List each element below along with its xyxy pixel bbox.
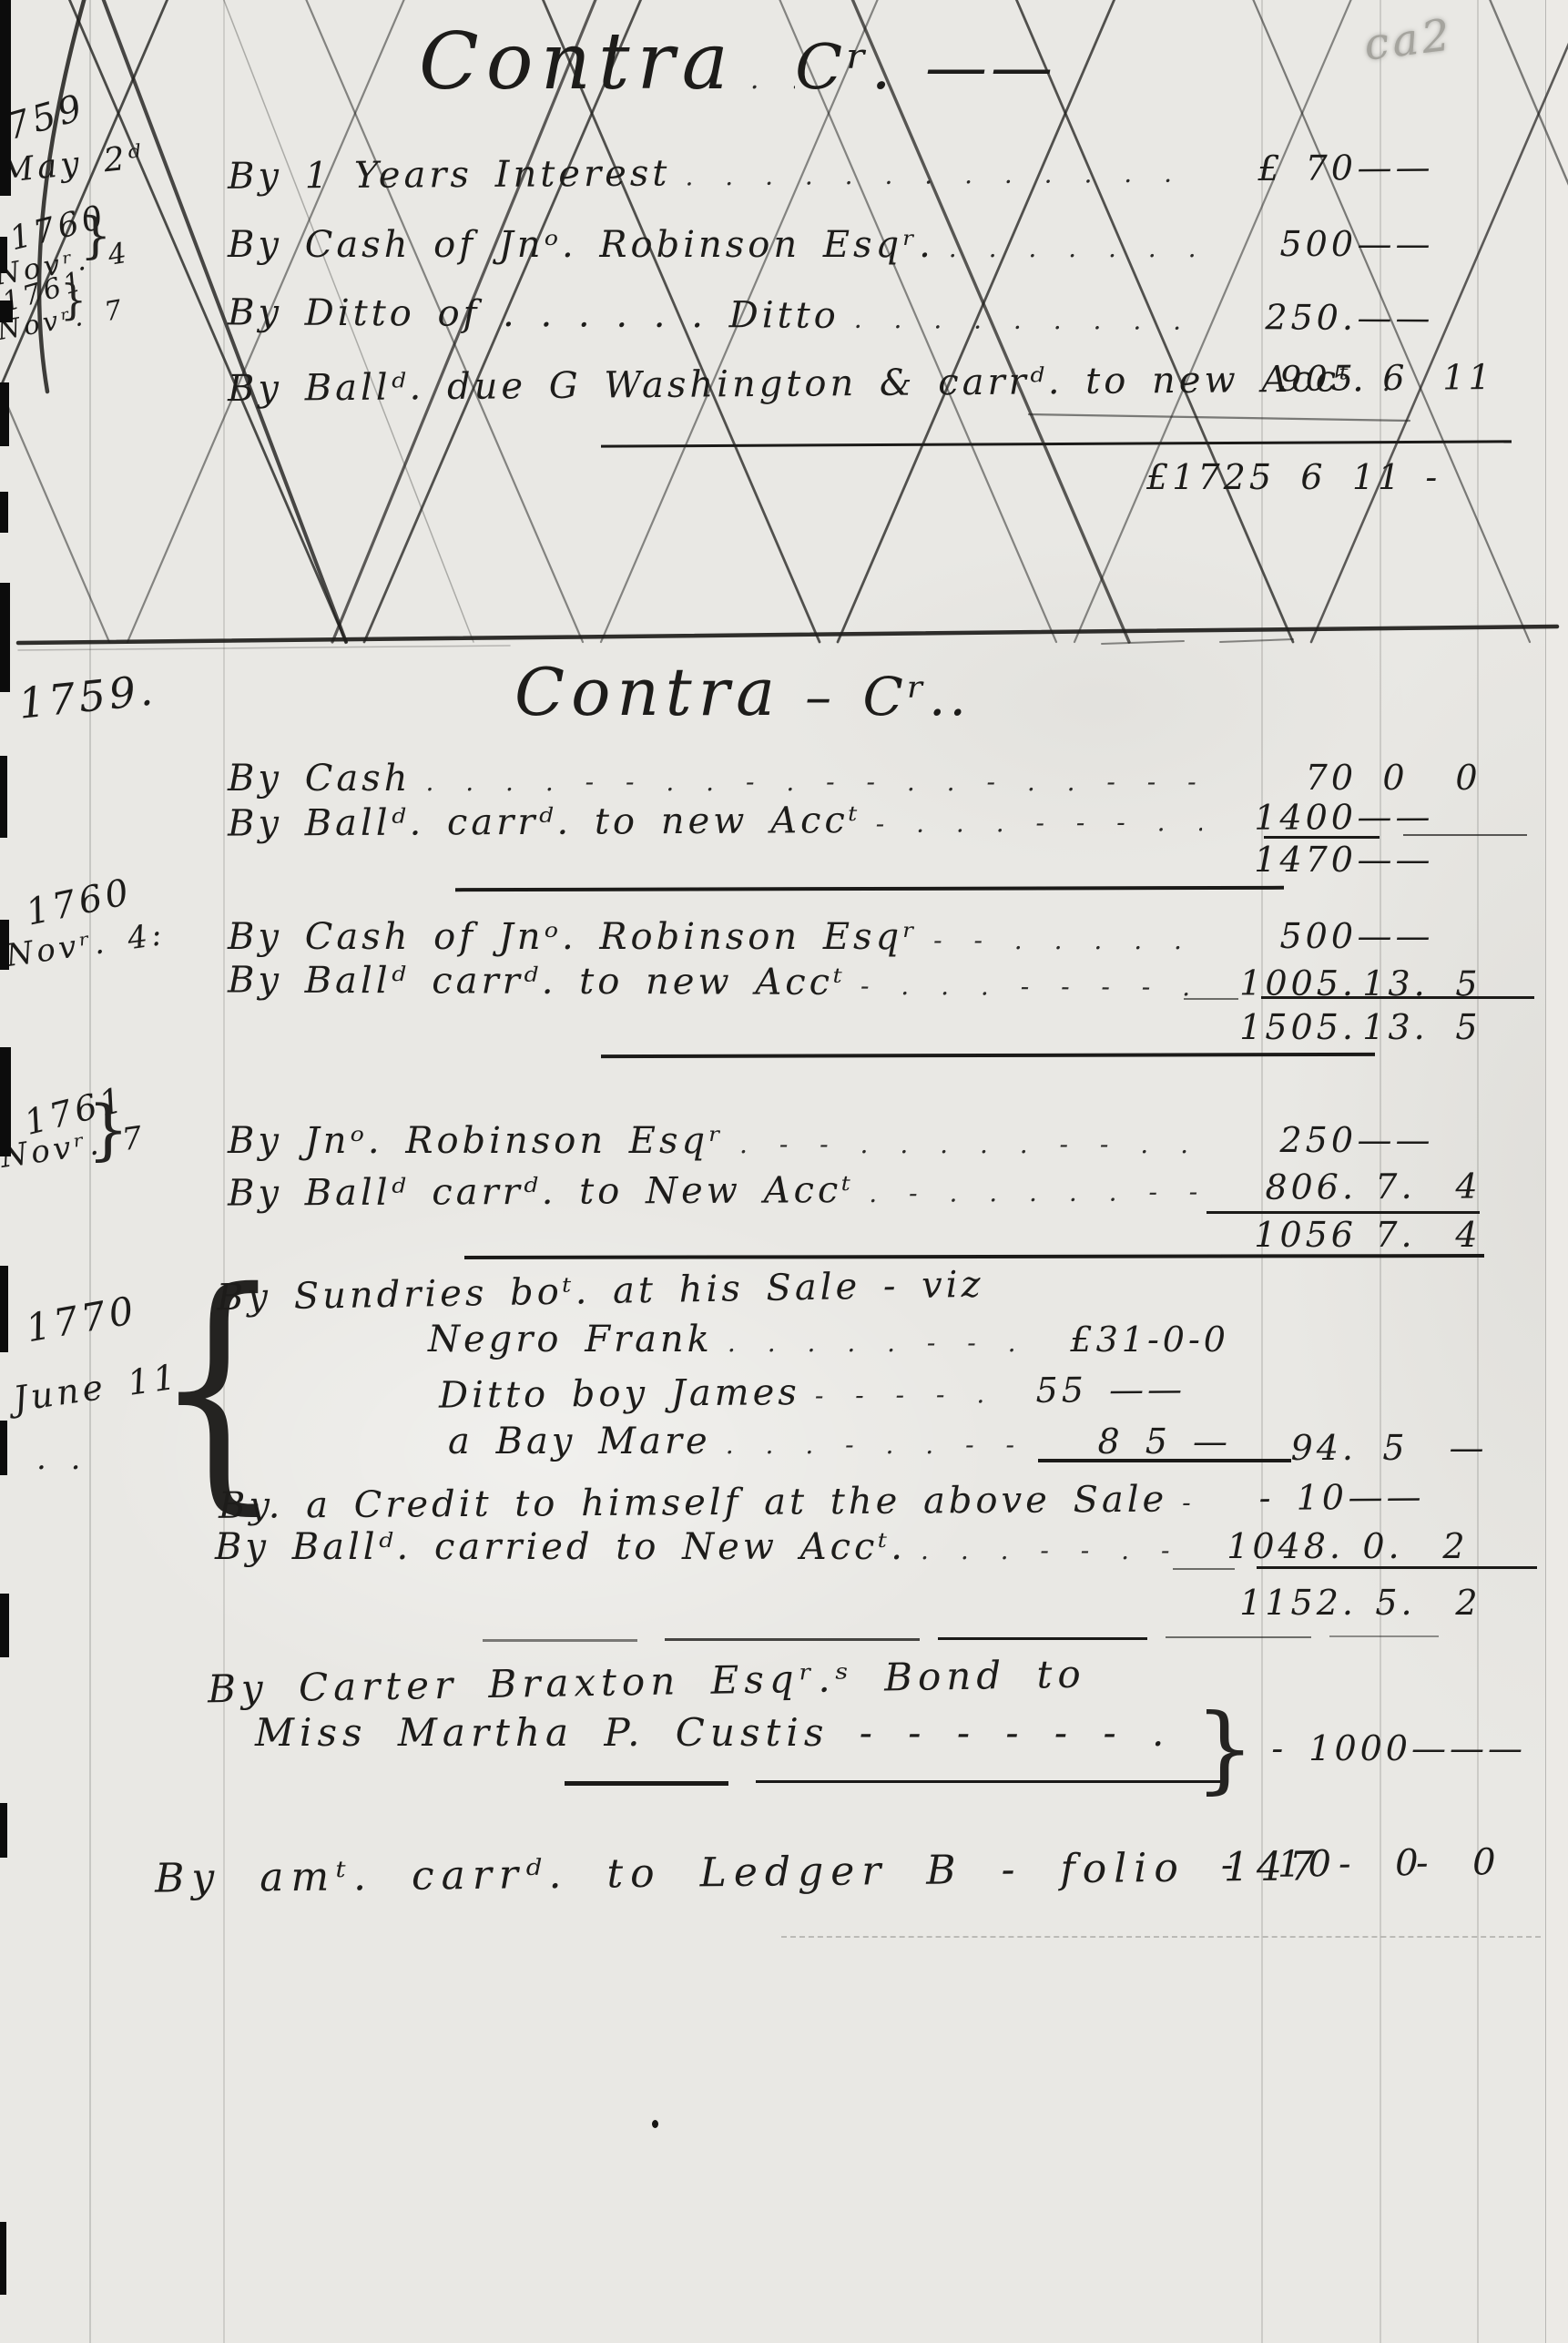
entry-row: By Cash of Jnᵒ. Robinson Esqʳ. . . . . .… xyxy=(228,224,1502,266)
leader-dots: - - xyxy=(1167,1478,1193,1517)
date-brace: } xyxy=(80,211,111,260)
sale-item-row: Negro Frank . . . . . - - . £31-0-0 xyxy=(428,1319,1229,1360)
leader-dots: . - . . . . . - - . - xyxy=(854,1167,1202,1208)
entry-text: By Ballᵈ carrᵈ. to New Accᵗ xyxy=(228,1169,854,1215)
sale-item-text: Negro Frank xyxy=(428,1319,713,1360)
amount-pounds: 94. xyxy=(1211,1428,1357,1468)
amount-pence: 2 xyxy=(1421,1526,1490,1566)
subtotal-pence: 4 xyxy=(1434,1215,1502,1255)
leader-dots: . . . - - . - - xyxy=(906,1526,1189,1565)
sale-item-text: a Bay Mare xyxy=(448,1421,711,1462)
scan-edge-mark xyxy=(0,382,9,446)
leader-dots: - . . . - - - . . - - . - xyxy=(861,798,1203,839)
credit-abbreviation: Cʳ. —— xyxy=(795,32,1056,104)
sale-item-amount: 55 —— xyxy=(1035,1369,1186,1410)
subtotal-pounds: 1505. xyxy=(1211,1007,1357,1047)
ink-speck xyxy=(652,2120,658,2128)
amount-pence xyxy=(1434,178,1502,179)
header-leader-dots: . . . . . . xyxy=(736,55,795,96)
entry-row: By Jnᵒ. Robinson Esqʳ . - - . . . . . - … xyxy=(228,1120,1502,1162)
amount-shillings: 5 xyxy=(1357,1428,1434,1468)
entry-row: By Ballᵈ. carrᵈ. to new Accᵗ - . . . - -… xyxy=(228,796,1502,844)
amount-pounds: - 10 xyxy=(1202,1477,1348,1518)
entry-text: Miss Martha P. Custis - - - - - - . xyxy=(255,1710,1169,1755)
section-title: Contra xyxy=(419,16,736,107)
amount-shillings: —— xyxy=(1357,916,1434,956)
amount-pounds: £ 70 xyxy=(1211,148,1357,188)
entry-text: By Jnᵒ. Robinson Esqʳ xyxy=(228,1120,725,1162)
date-label: May 2ᵈ xyxy=(0,138,147,190)
entry-amount: - 1000 ——— xyxy=(1257,1728,1521,1768)
group-divider-rule xyxy=(1329,1635,1439,1637)
date-column-rule-line xyxy=(223,0,225,2343)
amount-pence: 4 xyxy=(1434,1166,1502,1206)
scan-edge-mark xyxy=(0,1803,7,1858)
amount-shillings: —— xyxy=(1357,298,1434,338)
scan-edge-mark xyxy=(0,237,7,273)
bottom-section-header: Contra – Cʳ.. xyxy=(514,654,970,730)
leader-dots: - - - - . xyxy=(800,1370,1036,1411)
ghost-ink-line xyxy=(781,1936,1541,1938)
year-label: 1759. xyxy=(16,665,159,728)
entry-row: By Ballᵈ. due G Washington & carrᵈ. to n… xyxy=(228,357,1502,410)
group-divider-rule xyxy=(565,1781,728,1786)
entry-row: By Ballᵈ carrᵈ. to New Accᵗ . - . . . . … xyxy=(228,1166,1502,1214)
entry-row: By Ballᵈ carrᵈ. to new Accᵗ - . . . - - … xyxy=(228,960,1502,1006)
amount-pounds: 905 xyxy=(1211,358,1357,399)
entry-row: By Cash . . . . - - . . - . - - . . - . … xyxy=(228,758,1502,800)
entry-row: By Ditto of . . . . . . Ditto . . . . . … xyxy=(228,291,1502,340)
total-pounds: £1725 xyxy=(1129,457,1275,497)
amount-pounds: 500 xyxy=(1211,224,1357,264)
entry-text: By Sundries boᵗ. at his Sale - viz xyxy=(217,1264,984,1319)
page-gutter xyxy=(1545,0,1568,2343)
amount-pounds: 1400 xyxy=(1211,797,1357,838)
money-underline xyxy=(1207,1211,1480,1214)
leader-dots: . . . . - - . . - . - - . . - . . - - - … xyxy=(411,758,1202,797)
entry-text: By. a Credit to himself at the above Sal… xyxy=(219,1479,1168,1527)
subtotal-shillings: 7. xyxy=(1357,1215,1434,1255)
corner-pencil-mark: ca2 xyxy=(1361,9,1456,71)
top-section-header: Contra . . . . . . Cʳ. —— xyxy=(419,16,1056,107)
amount-shillings: 7. xyxy=(1357,1166,1434,1207)
scan-edge-mark xyxy=(0,1047,11,1156)
margin-rule-line xyxy=(89,0,91,2343)
amount-shillings: 0. xyxy=(1344,1526,1421,1566)
scan-edge-mark xyxy=(0,583,10,692)
subtotal-pounds: 1152. xyxy=(1211,1583,1357,1623)
amount-shillings: —— xyxy=(1357,1120,1434,1160)
entry-text: By Cash xyxy=(228,758,411,800)
entry-row: By. a Credit to himself at the above Sal… xyxy=(219,1476,1493,1527)
amount-shillings: —— xyxy=(1357,797,1434,837)
entry-row: By Ballᵈ. carried to New Accᵗ. . . . - -… xyxy=(215,1526,1490,1568)
amount-shillings: - 0 xyxy=(1339,1842,1416,1885)
amount-shillings: 6 xyxy=(1357,358,1434,399)
group-divider-rule xyxy=(601,1053,1375,1058)
credit-abbreviation: – Cʳ.. xyxy=(805,666,970,728)
leader-dots: . . . . . . . . . . . . . . . . . . . . … xyxy=(840,295,1202,336)
entry-text: By Ballᵈ. due G Washington & carrᵈ. to n… xyxy=(228,358,1368,410)
amount-pounds: 70 xyxy=(1211,758,1357,798)
subtotal-pence: 5 xyxy=(1434,1007,1502,1047)
sale-item-text: Ditto boy James xyxy=(439,1371,800,1416)
date-brace: } xyxy=(60,279,87,321)
amount-pounds: 1005. xyxy=(1211,963,1357,1003)
sale-item-amount: £31-0-0 xyxy=(1070,1319,1229,1360)
entry-text: By Carter Braxton Esqʳ.ˢ Bond to xyxy=(208,1652,1086,1712)
entry-row: By 1 Years Interest . . . . . . . . . . … xyxy=(228,147,1502,198)
ledger-page: ca2 Contra . . . . . . Cʳ. —— 759 May 2ᵈ… xyxy=(0,0,1568,2343)
subtotal-shillings: —— xyxy=(1357,840,1434,880)
entry-text: By 1 Years Interest xyxy=(228,152,671,197)
group-divider-rule xyxy=(756,1780,1220,1783)
group-divider-rule xyxy=(938,1637,1147,1640)
subtotal-shillings: 13. xyxy=(1357,1007,1434,1047)
section-title: Contra xyxy=(514,654,781,730)
amount-shillings: —— xyxy=(1357,224,1434,264)
amount-shillings: —— xyxy=(1348,1477,1425,1518)
amount-shillings: ——— xyxy=(1411,1728,1521,1768)
sale-item-row: a Bay Mare . . . - . . - - 8 5 — xyxy=(448,1421,1231,1462)
subtotal-shillings: 5. xyxy=(1357,1583,1434,1623)
amount-pounds: 250. xyxy=(1211,297,1357,338)
entry-brace: } xyxy=(1195,1701,1255,1796)
group-divider-rule xyxy=(483,1639,637,1642)
amount-pence: - 0 xyxy=(1416,1841,1484,1884)
leader-dots: . . . . . . . . . . . . . . . . . . . . … xyxy=(670,148,1202,191)
amount-pence: 0 xyxy=(1434,758,1502,798)
amount-shillings: —— xyxy=(1357,148,1434,188)
date-brace: } xyxy=(87,1096,129,1162)
group-divider-rule xyxy=(665,1638,920,1641)
total-rule xyxy=(601,440,1512,447)
amount-pounds: 250 xyxy=(1211,1120,1357,1160)
entry-row: By amᵗ. carrᵈ. to Ledger B - folio 147 -… xyxy=(155,1841,1484,1901)
total-shillings: 6 xyxy=(1275,457,1352,497)
date-label: 1770 xyxy=(23,1288,141,1351)
entry-text: By Ballᵈ. carried to New Accᵗ. xyxy=(215,1526,906,1568)
scan-edge-mark xyxy=(0,301,13,322)
entry-text: By Ballᵈ carrᵈ. to new Accᵗ xyxy=(228,960,846,1003)
entry-text: By Cash of Jnᵒ. Robinson Esqʳ. xyxy=(228,224,934,266)
scan-edge-mark xyxy=(0,492,8,533)
amount-shillings: 13. xyxy=(1357,963,1434,1003)
subtotal-pounds: 1470 xyxy=(1211,840,1357,880)
amount-shillings: 0 xyxy=(1357,758,1434,798)
amount-pounds: 1048. xyxy=(1198,1526,1344,1566)
leader-dots: - . . . - - - - . . - xyxy=(846,962,1202,1002)
amount-pence: 11 xyxy=(1434,357,1502,398)
scan-edge-mark xyxy=(0,1421,7,1475)
entry-row: By Cash of Jnᵒ. Robinson Esqʳ - - . . . … xyxy=(228,916,1502,958)
scan-edge-mark xyxy=(0,1266,8,1352)
scan-edge-mark xyxy=(0,1594,9,1657)
amount-pounds: 806. xyxy=(1211,1166,1357,1207)
scan-edge-mark xyxy=(0,756,7,838)
leader-dots: . - - . . . . . - - . . - - xyxy=(725,1120,1202,1159)
entry-text: By Ballᵈ. carrᵈ. to new Accᵗ xyxy=(228,800,861,845)
subtotal-pence: 2 xyxy=(1434,1583,1502,1623)
amount-pence xyxy=(1425,1508,1493,1509)
group-divider-rule xyxy=(1166,1636,1311,1638)
leader-dots: . . . . . . . . . - . . . . . . . . . . … xyxy=(934,224,1202,263)
amount-pence: 5 xyxy=(1434,963,1502,1003)
subtotal-pounds: 1056 xyxy=(1211,1215,1357,1255)
amount-pence: — xyxy=(1434,1428,1502,1468)
entry-text: By Cash of Jnᵒ. Robinson Esqʳ xyxy=(228,916,919,958)
ent ry-text: By amᵗ. carrᵈ. to Ledger B - folio 147 xyxy=(155,1843,1322,1901)
year-label: 759 xyxy=(1,87,90,149)
leader-dots: - - . . . . . . - . . - xyxy=(919,916,1202,955)
amount-pounds: 500 xyxy=(1211,916,1357,956)
amount-pounds: - 10 xyxy=(1193,1843,1339,1887)
group-divider-rule xyxy=(455,886,1284,891)
entry-text: By Ditto of . . . . . . Ditto xyxy=(228,291,840,337)
amount-pounds: - 1000 xyxy=(1257,1728,1411,1768)
scan-edge-mark xyxy=(0,2222,6,2295)
scan-edge-mark xyxy=(0,0,11,196)
total-pence: 11 - xyxy=(1352,457,1420,497)
leader-dots: . . . - . . - - xyxy=(711,1421,1098,1460)
money-underline xyxy=(1173,1568,1235,1570)
scan-edge-mark xyxy=(0,920,9,970)
date-marks: . . xyxy=(36,1441,84,1477)
sale-item-row: Ditto boy James - - - - . 55 —— xyxy=(439,1368,1186,1416)
leader-dots: . . . . . - - . xyxy=(713,1319,1071,1358)
